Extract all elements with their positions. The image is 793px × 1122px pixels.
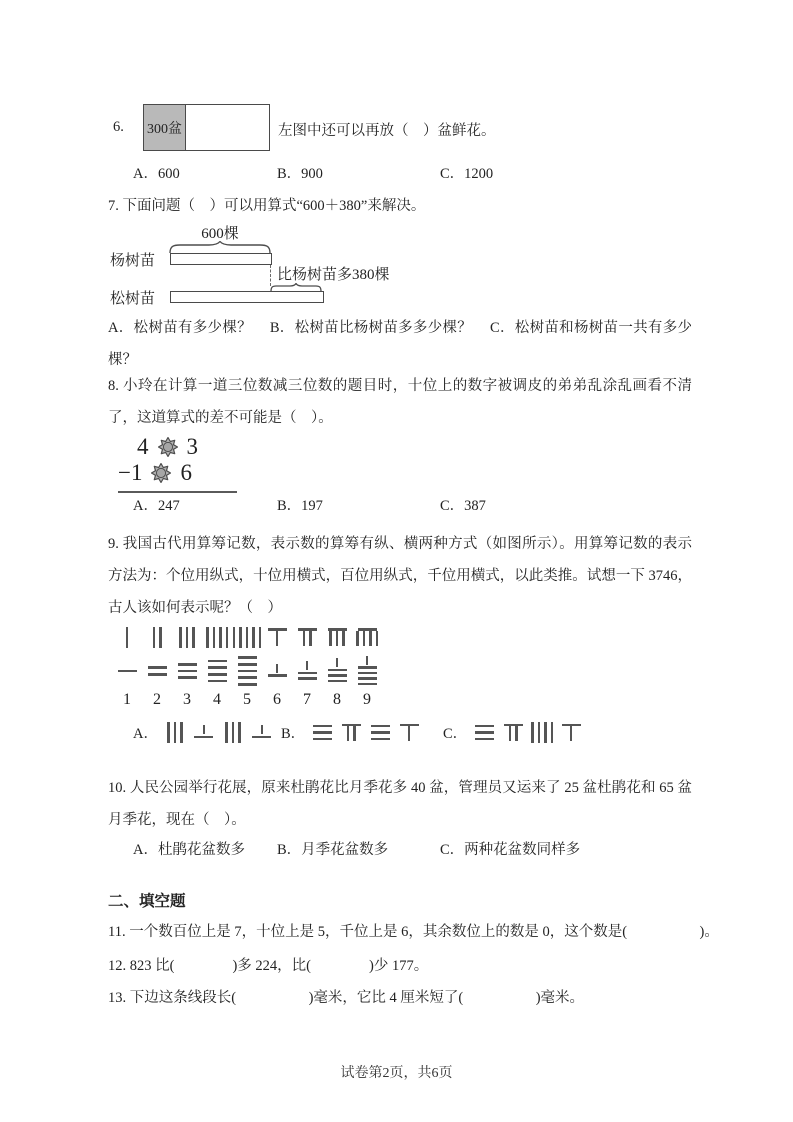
question-10-option-c: C．两种花盆数同样多 bbox=[440, 840, 698, 860]
question-10-options: A．杜鹃花盆数多 B．月季花盆数多 C．两种花盆数同样多 bbox=[133, 840, 698, 860]
scribble-flower-icon bbox=[151, 463, 171, 483]
question-13-text: 13. 下边这条线段长( )毫米，它比 4 厘米短了( )毫米。 bbox=[108, 988, 692, 1008]
flower-box-diagram: 300盆 bbox=[143, 104, 270, 151]
exam-page: 6. 300盆 左图中还可以再放（ ）盆鲜花。 A．600 B．900 C．12… bbox=[0, 0, 793, 1122]
question-9-text: 9. 我国古代用算筹记数，表示数的算筹有纵、横两种方式（如图所示）。用算筹记数的… bbox=[108, 528, 692, 624]
page-footer: 试卷第2页，共6页 bbox=[0, 1062, 793, 1082]
question-7-option-a: A．松树苗有多少棵？ bbox=[108, 320, 252, 336]
option-c-letter: C． bbox=[443, 722, 467, 743]
question-6-option-a: A．600 bbox=[133, 164, 277, 184]
option-b-rods bbox=[311, 722, 420, 742]
bar1-length-label: 600棵 bbox=[170, 222, 270, 243]
bar2-name-label: 松树苗 bbox=[110, 287, 155, 308]
difference-label: 比杨树苗多380棵 bbox=[277, 263, 390, 284]
question-8-option-a: A．247 bbox=[133, 496, 277, 516]
bar1-name-label: 杨树苗 bbox=[110, 249, 155, 270]
question-12-text: 12. 823 比( )多 224，比( )少 177。 bbox=[108, 956, 692, 976]
question-7-option-b: B．松树苗比杨树苗多多少棵？ bbox=[270, 320, 472, 336]
flower-box-filled-section: 300盆 bbox=[144, 105, 186, 150]
subtraction-line bbox=[118, 491, 237, 493]
minuend-ones: 3 bbox=[187, 434, 199, 460]
question-10-text: 10. 人民公园举行花展，原来杜鹃花比月季花多 40 盆，管理员又运来了 25 … bbox=[108, 772, 692, 836]
question-11-text: 11. 一个数百位上是 7，十位上是 5，千位上是 6，其余数位上的数是 0，这… bbox=[108, 922, 692, 942]
option-a-rods bbox=[164, 722, 273, 743]
question-10-option-b: B．月季花盆数多 bbox=[277, 840, 440, 860]
question-8-option-c: C．387 bbox=[440, 496, 698, 516]
scribble-flower-icon bbox=[158, 437, 178, 457]
subtraction-problem: 4 3 −1 6 bbox=[118, 434, 237, 493]
question-8-option-b: B．197 bbox=[277, 496, 440, 516]
minuend-hundreds: 4 bbox=[137, 434, 149, 460]
question-6: 6. 300盆 左图中还可以再放（ ）盆鲜花。 bbox=[0, 104, 793, 154]
question-8-options: A．247 B．197 C．387 bbox=[133, 496, 698, 516]
subtrahend-row: −1 6 bbox=[118, 460, 237, 486]
question-9-option-c: C． bbox=[443, 722, 733, 743]
seedling-bar-diagram: 600棵 杨树苗 比杨树苗多380棵 松树苗 bbox=[0, 224, 793, 314]
question-6-number: 6. bbox=[113, 119, 124, 136]
flower-box-filled-label: 300盆 bbox=[147, 118, 182, 138]
question-9-option-b: B． bbox=[281, 722, 443, 743]
subtrahend-hundreds: −1 bbox=[118, 460, 142, 486]
question-9-option-a: A． bbox=[133, 722, 281, 743]
section-2-heading: 二、填空题 bbox=[108, 892, 186, 912]
option-c-rods bbox=[473, 722, 582, 743]
question-9-options: A． B． C． bbox=[133, 722, 733, 743]
question-6-option-c: C．1200 bbox=[440, 164, 698, 184]
option-b-letter: B． bbox=[281, 722, 305, 743]
poplar-bar bbox=[170, 253, 272, 265]
question-6-options: A．600 B．900 C．1200 bbox=[133, 164, 698, 184]
counting-rods-figure: 123456789 bbox=[112, 622, 382, 709]
flower-box-empty-section bbox=[186, 105, 269, 150]
option-a-letter: A． bbox=[133, 722, 158, 743]
question-6-option-b: B．900 bbox=[277, 164, 440, 184]
question-6-text: 左图中还可以再放（ ）盆鲜花。 bbox=[278, 119, 496, 140]
subtrahend-ones: 6 bbox=[180, 460, 192, 486]
minuend-row: 4 3 bbox=[118, 434, 237, 460]
question-7-text: 7. 下面问题（ ）可以用算式“600＋380”来解决。 bbox=[108, 196, 692, 216]
question-10-option-a: A．杜鹃花盆数多 bbox=[133, 840, 277, 860]
pine-bar bbox=[170, 291, 324, 303]
question-8-text: 8. 小玲在计算一道三位数减三位数的题目时，十位上的数字被调皮的弟弟乱涂乱画看不… bbox=[108, 370, 692, 434]
question-7-options: A．松树苗有多少棵？ B．松树苗比杨树苗多多少棵？ C．松树苗和杨树苗一共有多少… bbox=[108, 312, 692, 376]
